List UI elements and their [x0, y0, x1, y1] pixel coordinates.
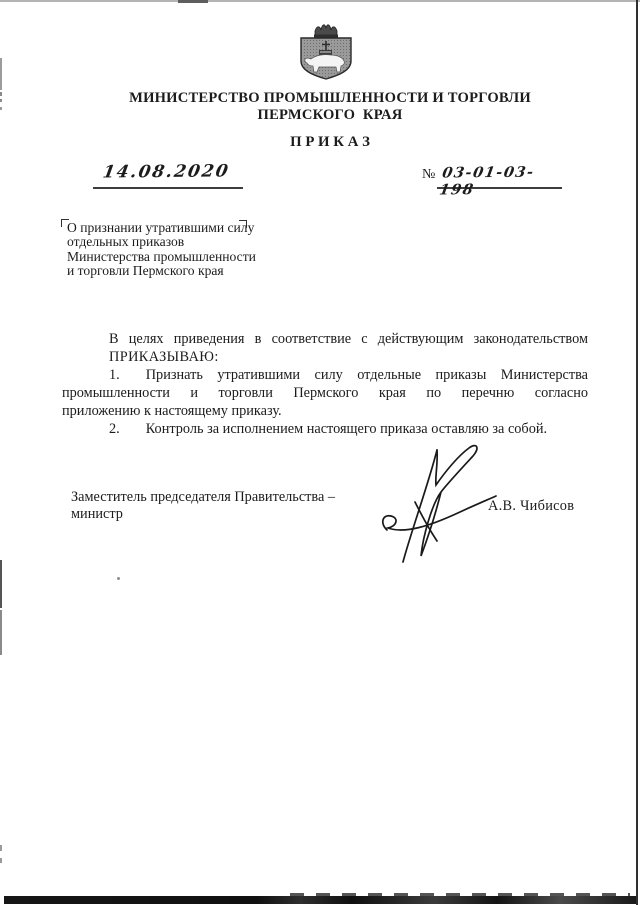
scan-artifact-left [0, 92, 2, 96]
subject-line: отдельных приказов [67, 235, 267, 249]
scan-artifact-top-edge [0, 0, 640, 2]
subject-line: Министерства промышленности [67, 250, 267, 264]
crown-icon [314, 25, 338, 38]
intro-paragraph: В целях приведения в соответствие с дейс… [62, 330, 588, 348]
resolve-word: ПРИКАЗЫВАЮ: [62, 348, 588, 366]
scanned-order-page: МИНИСТЕРСТВО ПРОМЫШЛЕННОСТИ И ТОРГОВЛИ П… [0, 0, 640, 905]
perm-krai-coat-of-arms-icon [294, 21, 358, 81]
ministry-name-line1: МИНИСТЕРСТВО ПРОМЫШЛЕННОСТИ И ТОРГОВЛИ [20, 90, 640, 107]
subject-line: О признании утратившими силу [67, 221, 267, 235]
handwritten-date: 14.08.2020 [91, 161, 231, 182]
document-type-title: П Р И К А З [20, 134, 640, 151]
item1-line2: промышленности и торговли Пермского края… [62, 384, 588, 402]
signer-position-line1: Заместитель председателя Правительства – [71, 489, 381, 506]
signer-name: А.В. Чибисов [488, 498, 574, 515]
scan-artifact-left [0, 58, 2, 90]
handwritten-signature-icon [375, 438, 505, 578]
scan-artifact-left [0, 99, 2, 102]
scan-artifact-top-dark [178, 0, 208, 3]
scan-artifact-bottom-dashes [290, 893, 630, 896]
scan-artifact-dot [117, 577, 120, 580]
ministry-name-line2: ПЕРМСКОГО КРАЯ [20, 107, 640, 124]
date-field: 14.08.2020 [93, 160, 243, 189]
item2-line: 2.Контроль за исполнением настоящего при… [62, 420, 588, 438]
item2-text: Контроль за исполнением настоящего прика… [146, 421, 547, 437]
item1-line1-text: Признать утратившими силу отдельные прик… [146, 367, 588, 383]
item1-number: 1. [109, 367, 120, 383]
scan-artifact-left [0, 107, 2, 110]
signer-position: Заместитель председателя Правительства –… [71, 489, 381, 523]
scan-artifact-bottom-edge [4, 896, 636, 904]
item1-line3: приложению к настоящему приказу. [62, 402, 588, 420]
signer-position-line2: министр [71, 506, 381, 523]
subject-block: О признании утратившими силу отдельных п… [67, 221, 267, 279]
scan-artifact-left [0, 858, 2, 863]
number-sign-label: № [422, 167, 435, 183]
item1-line1: 1.Признать утратившими силу отдельные пр… [62, 366, 588, 384]
item2-number: 2. [109, 421, 120, 437]
subject-line: и торговли Пермского края [67, 264, 267, 278]
order-body: В целях приведения в соответствие с дейс… [62, 330, 588, 438]
scan-artifact-left [0, 560, 2, 608]
scan-artifact-left [0, 845, 2, 851]
number-field: 03-01-03-198 [437, 160, 562, 189]
handwritten-number: 03-01-03-198 [434, 163, 565, 198]
scan-artifact-left [0, 610, 2, 655]
